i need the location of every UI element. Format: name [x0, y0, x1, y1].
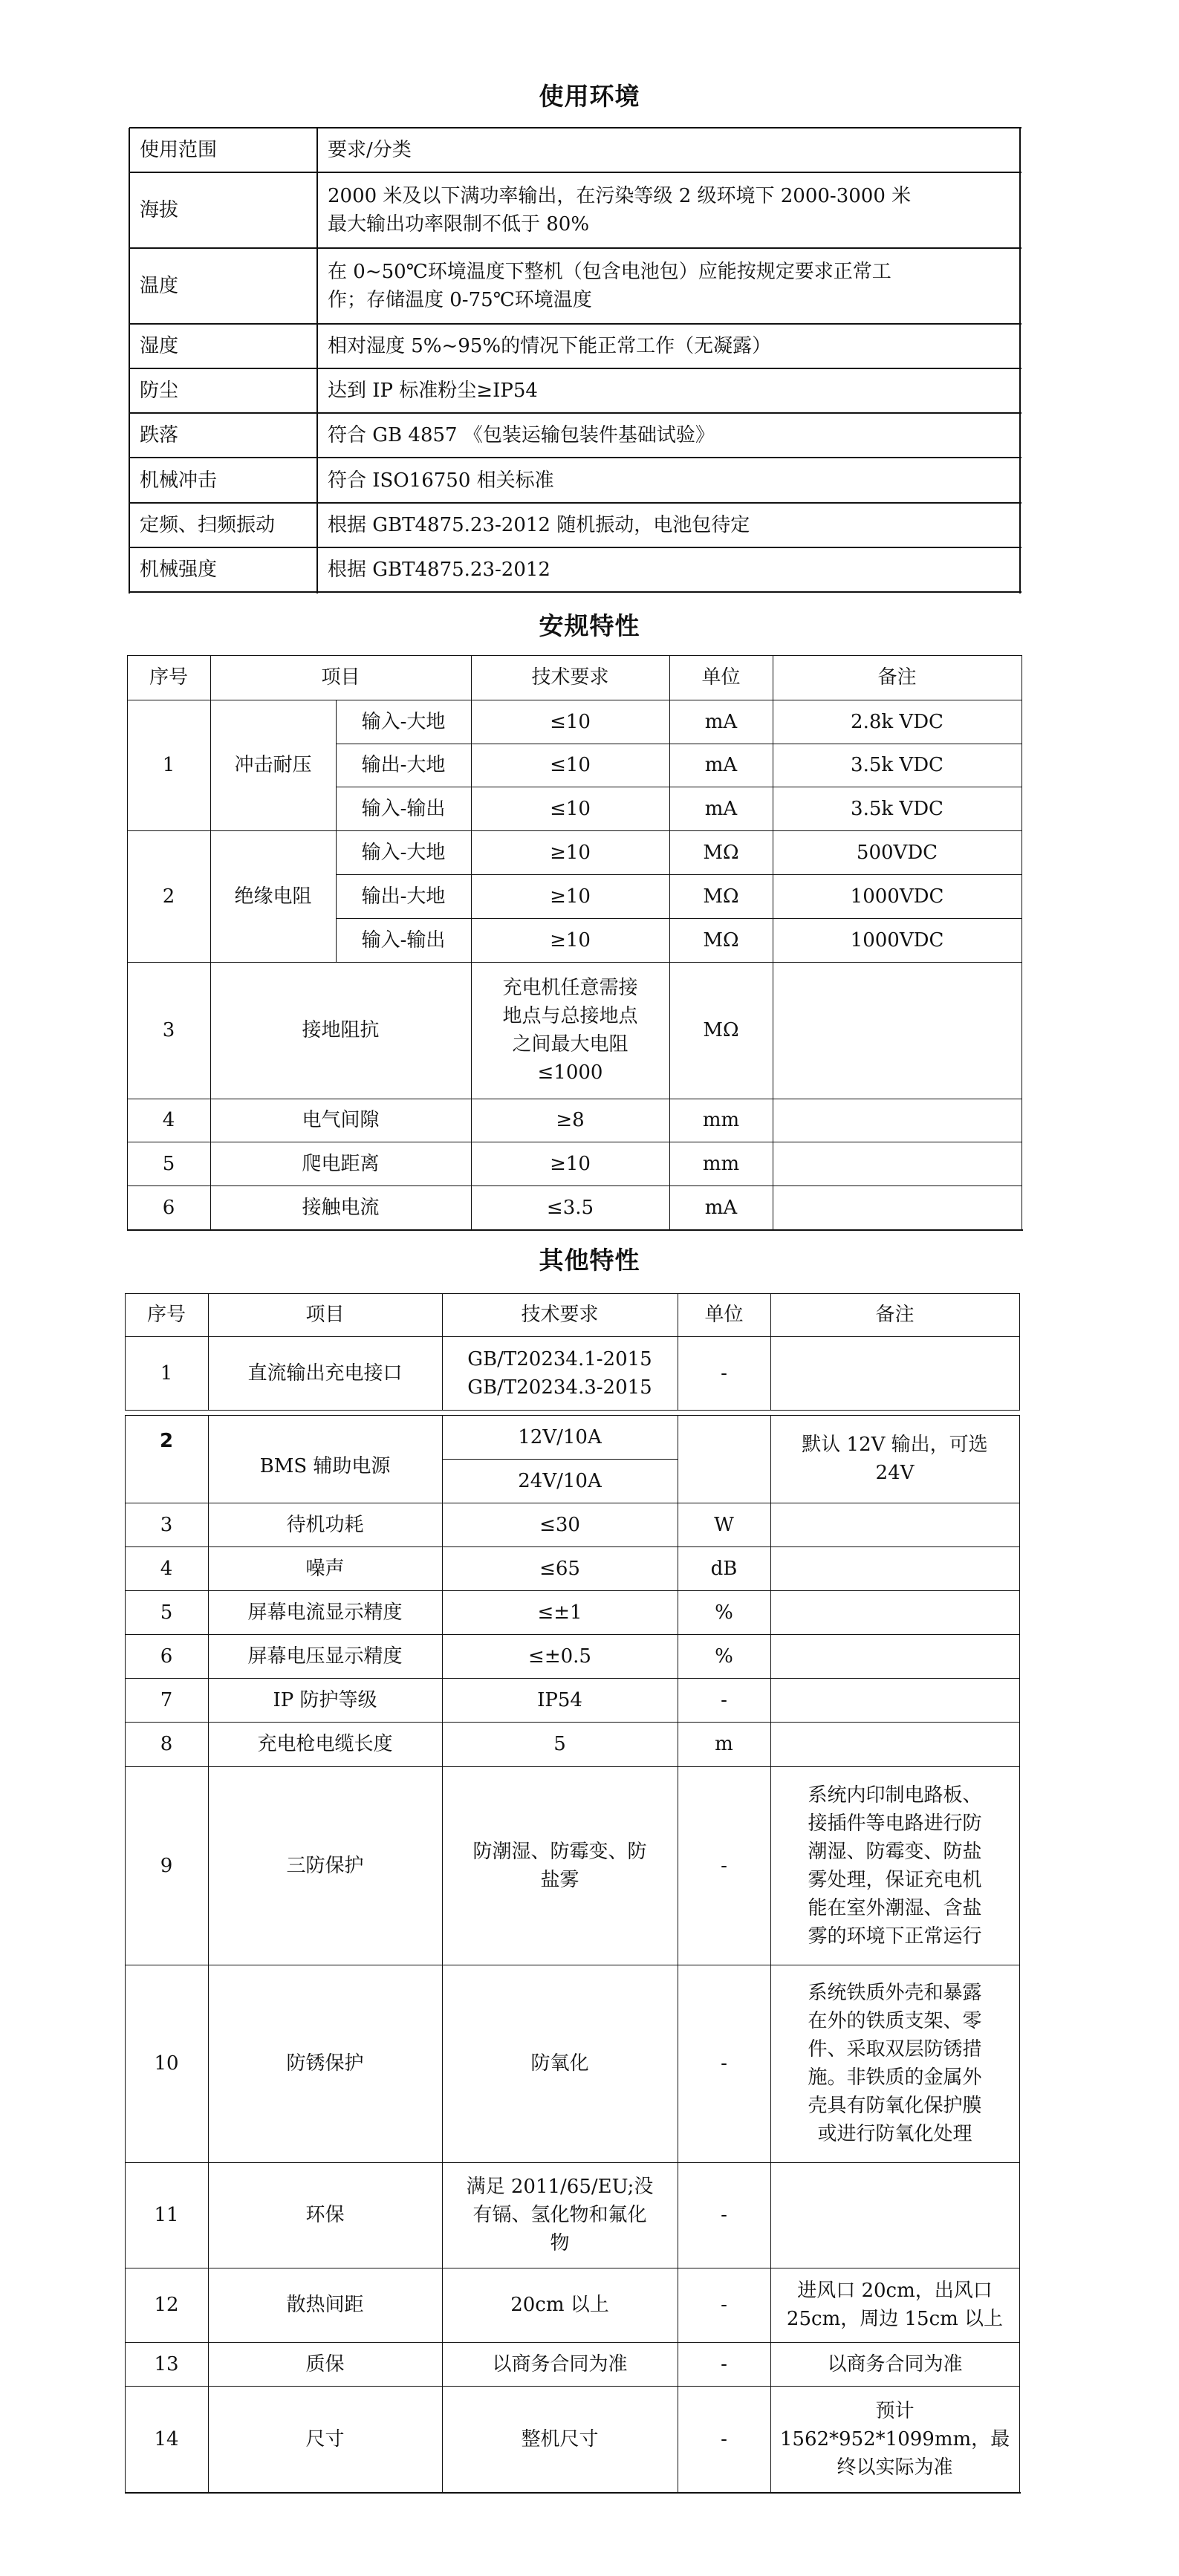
- table-rule: [125, 2386, 1020, 2387]
- safety-group-no-text: 1: [163, 751, 175, 779]
- table-rule: [336, 744, 1022, 744]
- table-rule: [129, 412, 1022, 414]
- other-row-item: 质保: [208, 2342, 442, 2386]
- other-header-note-text: 备注: [875, 1301, 914, 1329]
- other-row-note: 进风口 20cm，出风口 25cm，周边 15cm 以上: [773, 2268, 1016, 2342]
- other-row-unit: %: [678, 1634, 770, 1678]
- other-row-no-text: 6: [160, 1642, 173, 1671]
- other-row-no-text: 3: [160, 1511, 173, 1539]
- table-rule: [129, 457, 1022, 458]
- other-row-note: 系统铁质外壳和暴露 在外的铁质支架、零 件、采取双层防锈措 施。非铁质的金属外 …: [773, 1965, 1016, 2162]
- other-row-unit-text: -: [721, 2049, 727, 2078]
- other-row-note: 以商务合同为准: [773, 2342, 1016, 2386]
- other-row-no: 10: [125, 1965, 208, 2162]
- safety-row-item: 接地阻抗: [210, 962, 471, 1099]
- safety-sub-item-text: 输入-输出: [362, 795, 446, 823]
- table-rule: [208, 1293, 209, 1411]
- env-row-item-text: 机械强度: [140, 556, 217, 584]
- safety-row-item: 接触电流: [210, 1185, 471, 1229]
- table-rule: [442, 1459, 678, 1460]
- safety-row-no: 4: [127, 1099, 210, 1142]
- safety-row-req: ≤3.5: [471, 1185, 669, 1229]
- table-rule: [1019, 128, 1021, 593]
- table-rule: [129, 368, 1022, 369]
- table-rule: [125, 1293, 1020, 1294]
- safety-sub-req: ≥10: [471, 874, 669, 918]
- other-row-note-text: 系统内印制电路板、 接插件等电路进行防 潮湿、防霉变、防盐 雾处理，保证充电机 …: [808, 1781, 981, 1951]
- other-row-unit-text: %: [715, 1642, 733, 1671]
- table-rule: [125, 1336, 1020, 1337]
- other-row-no-text: 9: [160, 1852, 173, 1880]
- safety-row-no-text: 3: [163, 1016, 175, 1044]
- safety-sub-unit: mA: [669, 744, 773, 787]
- other-row-no: 8: [125, 1722, 208, 1766]
- table-rule: [127, 1229, 1023, 1231]
- safety-header-req-text: 技术要求: [531, 663, 608, 692]
- other-row-no: 11: [125, 2162, 208, 2268]
- other-row-req: ≤30: [449, 1503, 670, 1546]
- section-title-environment: 使用环境: [0, 82, 1179, 111]
- safety-row-req: ≥8: [471, 1099, 669, 1142]
- table-rule: [125, 1546, 1020, 1547]
- safety-header-item: 项目: [210, 655, 471, 700]
- table-rule: [442, 1293, 443, 1411]
- table-rule: [125, 1293, 126, 1411]
- other-row-item-text: 尺寸: [305, 2425, 344, 2453]
- safety-sub-req: ≤10: [471, 700, 669, 744]
- other-row-note: [770, 1336, 1019, 1410]
- env-row-item: 防尘: [129, 368, 317, 413]
- other-row-req-24v: 24V/10A: [442, 1459, 678, 1503]
- env-row-requirement: 符合 ISO16750 相关标准: [317, 458, 1020, 503]
- other-row-unit-text: -: [721, 1852, 727, 1880]
- other-row-item: 待机功耗: [208, 1503, 442, 1546]
- other-row-req-text: 防氧化: [530, 2049, 588, 2078]
- other-row-unit-text: -: [721, 1686, 727, 1714]
- other-row-unit-text: -: [721, 2201, 727, 2229]
- env-row-requirement-text: 2000 米及以下满功率输出，在污染等级 2 级环境下 2000-3000 米 …: [328, 182, 911, 238]
- table-rule: [678, 1293, 678, 1411]
- env-row-item: 湿度: [129, 324, 317, 368]
- safety-sub-req-text: ≥10: [550, 882, 591, 911]
- other-row-item: 散热间距: [208, 2268, 442, 2342]
- other-row-item: 直流输出充电接口: [208, 1336, 442, 1410]
- other-row-item-text: 屏幕电流显示精度: [247, 1598, 402, 1627]
- env-header-scope-text: 使用范围: [140, 136, 217, 164]
- other-row-unit: dB: [678, 1546, 770, 1590]
- env-row-requirement: 根据 GBT4875.23-2012 随机振动，电池包待定: [317, 503, 1020, 547]
- table-rule: [471, 655, 472, 1230]
- env-header-requirement-text: 要求/分类: [328, 136, 412, 164]
- safety-sub-unit-text: mA: [705, 751, 737, 779]
- safety-sub-item-text: 输出-大地: [362, 882, 446, 911]
- other-header-item-text: 项目: [305, 1301, 344, 1329]
- other-row-no: 12: [125, 2268, 208, 2342]
- safety-sub-note-text: 3.5k VDC: [851, 795, 943, 823]
- safety-row-req-text: ≥10: [550, 1150, 591, 1178]
- safety-group-no-text: 2: [163, 882, 175, 911]
- table-rule: [773, 655, 773, 1230]
- safety-header-note: 备注: [773, 655, 1022, 700]
- table-rule: [127, 655, 128, 1230]
- table-rule: [125, 1415, 126, 2493]
- other-row-no-text: 4: [160, 1555, 173, 1583]
- other-row-unit-text: -: [721, 2350, 727, 2378]
- other-row-req-text: 满足 2011/65/EU;没 有镉、氢化物和氟化 物: [467, 2173, 654, 2257]
- safety-sub-req-text: ≤10: [550, 795, 591, 823]
- safety-sub-unit: mA: [669, 787, 773, 830]
- other-row-item-text: 三防保护: [286, 1852, 363, 1880]
- table-rule: [125, 1415, 1020, 1416]
- other-row-req-text: ≤±1: [537, 1598, 582, 1627]
- safety-row-item-text: 接地阻抗: [302, 1016, 379, 1044]
- other-row-item: 屏幕电流显示精度: [208, 1590, 442, 1634]
- other-row-no-text: 12: [154, 2291, 178, 2319]
- table-rule: [129, 172, 1022, 173]
- other-row-item-text: 屏幕电压显示精度: [247, 1642, 402, 1671]
- env-row-item-text: 温度: [140, 272, 178, 300]
- safety-header-no-text: 序号: [149, 663, 188, 692]
- env-row-requirement-text: 在 0~50℃环境温度下整机（包含电池包）应能按规定要求正常工 作；存储温度 0…: [328, 258, 891, 314]
- safety-sub-item-text: 输入-输出: [362, 926, 446, 954]
- safety-row-unit: MΩ: [669, 962, 773, 1099]
- other-row-req-text: IP54: [537, 1686, 582, 1714]
- safety-sub-item-text: 输入-大地: [362, 708, 446, 736]
- safety-row-unit: mm: [669, 1142, 773, 1185]
- safety-sub-req: ≤10: [471, 787, 669, 830]
- safety-sub-note-text: 2.8k VDC: [851, 708, 943, 736]
- safety-header-item-text: 项目: [321, 663, 360, 692]
- other-row-req-24v-text: 24V/10A: [518, 1467, 601, 1495]
- other-row-unit: -: [678, 1678, 770, 1722]
- env-row-requirement-text: 符合 ISO16750 相关标准: [328, 466, 554, 495]
- safety-sub-req-text: ≥10: [550, 926, 591, 954]
- env-row-item-text: 湿度: [140, 332, 178, 360]
- safety-row-unit: mA: [669, 1185, 773, 1229]
- safety-sub-note-text: 500VDC: [857, 839, 938, 867]
- safety-sub-unit-text: MΩ: [703, 882, 738, 911]
- other-row-unit: -: [678, 1336, 770, 1410]
- env-header-scope: 使用范围: [129, 128, 317, 172]
- table-rule: [1022, 655, 1022, 1230]
- other-row-item-text: 质保: [305, 2350, 344, 2378]
- other-row-no: 2: [125, 1415, 208, 1466]
- safety-header-unit-text: 单位: [701, 663, 740, 692]
- other-row-req: 防氧化: [449, 1965, 670, 2162]
- safety-row-no-text: 4: [163, 1106, 175, 1134]
- other-row-no: 5: [125, 1590, 208, 1634]
- other-row-unit: m: [678, 1722, 770, 1766]
- safety-row-note: [773, 962, 1022, 1099]
- table-rule: [127, 655, 1022, 656]
- table-rule: [208, 1415, 209, 2493]
- safety-sub-item: 输入-大地: [336, 700, 471, 744]
- other-row-note: [773, 1503, 1016, 1546]
- table-rule: [127, 1142, 1022, 1142]
- safety-row-no-text: 5: [163, 1150, 175, 1178]
- env-row-requirement: 在 0~50℃环境温度下整机（包含电池包）应能按规定要求正常工 作；存储温度 0…: [317, 248, 1020, 324]
- other-row-item: 三防保护: [208, 1766, 442, 1965]
- other-row-unit: -: [678, 2342, 770, 2386]
- other-row-unit-text: -: [721, 1359, 727, 1388]
- other-row-no-text: 8: [160, 1730, 173, 1758]
- other-row-unit-text: dB: [711, 1555, 738, 1583]
- table-rule: [442, 1415, 443, 2493]
- other-row-note: [773, 1546, 1016, 1590]
- safety-header-no: 序号: [127, 655, 210, 700]
- other-row-item-text: IP 防护等级: [273, 1686, 377, 1714]
- table-rule: [129, 127, 1022, 129]
- safety-row-item-text: 爬电距离: [302, 1150, 379, 1178]
- safety-sub-unit-text: MΩ: [703, 839, 738, 867]
- env-row-requirement: 符合 GB 4857 《包装运输包装件基础试验》: [317, 413, 1020, 458]
- other-row-note: 默认 12V 输出，可选 24V: [770, 1415, 1019, 1503]
- other-row-item-text: 充电枪电缆长度: [257, 1730, 392, 1758]
- safety-sub-item: 输入-输出: [336, 787, 471, 830]
- other-row-no-text: 1: [160, 1359, 173, 1388]
- env-row-requirement-text: 根据 GBT4875.23-2012 随机振动，电池包待定: [328, 511, 750, 539]
- safety-row-req: 充电机任意需接 地点与总接地点 之间最大电阻 ≤1000: [471, 962, 669, 1099]
- other-header-unit: 单位: [678, 1293, 770, 1336]
- safety-row-unit-text: mm: [703, 1150, 739, 1178]
- other-row-no: 14: [125, 2386, 208, 2492]
- env-row-item: 海拔: [129, 172, 317, 248]
- other-row-note-text: 默认 12V 输出，可选 24V: [802, 1431, 987, 1487]
- other-row-req-text: 防潮湿、防霉变、防 盐雾: [472, 1838, 646, 1894]
- other-row-no: 4: [125, 1546, 208, 1590]
- safety-sub-item-text: 输出-大地: [362, 751, 446, 779]
- other-row-no-text: 11: [154, 2201, 178, 2229]
- other-row-item: 防锈保护: [208, 1965, 442, 2162]
- env-row-requirement-text: 相对湿度 5%~95%的情况下能正常工作（无凝露）: [328, 332, 771, 360]
- other-row-note-text: 以商务合同为准: [827, 2350, 962, 2378]
- other-row-no-text: 2: [160, 1427, 173, 1455]
- env-row-requirement-text: 符合 GB 4857 《包装运输包装件基础试验》: [328, 421, 715, 449]
- table-rule: [125, 1722, 1020, 1723]
- safety-row-req-text: ≥8: [556, 1106, 584, 1134]
- table-rule: [210, 655, 211, 1230]
- safety-group-item: 冲击耐压: [210, 700, 336, 830]
- safety-row-no: 6: [127, 1185, 210, 1229]
- safety-group-item-text: 绝缘电阻: [234, 882, 311, 911]
- safety-sub-unit: MΩ: [669, 874, 773, 918]
- other-row-note: [773, 1590, 1016, 1634]
- safety-sub-note-text: 1000VDC: [851, 882, 944, 911]
- safety-sub-unit-text: mA: [705, 795, 737, 823]
- other-row-note-text: 系统铁质外壳和暴露 在外的铁质支架、零 件、采取双层防锈措 施。非铁质的金属外 …: [808, 1979, 981, 2148]
- other-row-no: 3: [125, 1503, 208, 1546]
- safety-sub-unit: mA: [669, 700, 773, 744]
- table-rule: [129, 591, 1022, 593]
- safety-sub-note: 1000VDC: [773, 918, 1022, 962]
- safety-row-item: 爬电距离: [210, 1142, 471, 1185]
- table-rule: [336, 874, 1022, 875]
- safety-header-req: 技术要求: [471, 655, 669, 700]
- safety-sub-note: 2.8k VDC: [773, 700, 1022, 744]
- safety-sub-item: 输出-大地: [336, 874, 471, 918]
- safety-sub-item: 输出-大地: [336, 744, 471, 787]
- other-header-req: 技术要求: [442, 1293, 678, 1336]
- other-row-req: 以商务合同为准: [449, 2342, 670, 2386]
- table-rule: [770, 1415, 771, 2493]
- table-rule: [129, 247, 1022, 249]
- env-row-item: 机械强度: [129, 547, 317, 592]
- safety-row-unit-text: mA: [705, 1194, 737, 1222]
- other-row-item: IP 防护等级: [208, 1678, 442, 1722]
- table-rule: [669, 655, 670, 1230]
- other-row-unit: W: [678, 1503, 770, 1546]
- safety-group-no: 1: [127, 700, 210, 830]
- other-row-req: 防潮湿、防霉变、防 盐雾: [449, 1766, 670, 1965]
- safety-row-unit-text: MΩ: [703, 1016, 738, 1044]
- table-rule: [129, 502, 1022, 504]
- env-row-requirement-text: 达到 IP 标准粉尘≥IP54: [328, 377, 538, 405]
- env-row-requirement: 相对湿度 5%~95%的情况下能正常工作（无凝露）: [317, 324, 1020, 368]
- other-row-no-text: 14: [154, 2425, 178, 2453]
- safety-row-req: ≥10: [471, 1142, 669, 1185]
- section-title-other: 其他特性: [0, 1246, 1179, 1275]
- other-row-note: [773, 2162, 1016, 2268]
- safety-row-no: 5: [127, 1142, 210, 1185]
- other-header-no-text: 序号: [147, 1301, 186, 1329]
- other-row-no: 13: [125, 2342, 208, 2386]
- safety-header-unit: 单位: [669, 655, 773, 700]
- safety-sub-note: 3.5k VDC: [773, 787, 1022, 830]
- table-rule: [336, 700, 337, 963]
- table-rule: [678, 1415, 678, 2493]
- other-row-unit-text: m: [715, 1730, 733, 1758]
- safety-sub-item: 输入-大地: [336, 830, 471, 874]
- env-row-item: 机械冲击: [129, 458, 317, 503]
- safety-sub-req-text: ≤10: [550, 708, 591, 736]
- other-row-req-text: 以商务合同为准: [492, 2350, 627, 2378]
- safety-sub-req: ≥10: [471, 830, 669, 874]
- other-row-unit-text: W: [714, 1511, 734, 1539]
- env-row-requirement: 2000 米及以下满功率输出，在污染等级 2 级环境下 2000-3000 米 …: [317, 172, 1020, 248]
- env-row-item-text: 定频、扫频振动: [140, 511, 275, 539]
- env-row-item: 温度: [129, 248, 317, 324]
- other-row-no: 7: [125, 1678, 208, 1722]
- safety-sub-req: ≤10: [471, 744, 669, 787]
- table-rule: [336, 918, 1022, 919]
- other-row-item-text: 防锈保护: [286, 2049, 363, 2078]
- other-row-item: 屏幕电压显示精度: [208, 1634, 442, 1678]
- other-row-unit: -: [678, 2268, 770, 2342]
- env-header-requirement: 要求/分类: [317, 128, 1020, 172]
- safety-row-no: 3: [127, 962, 210, 1099]
- other-row-unit: %: [678, 1590, 770, 1634]
- other-row-item-text: 散热间距: [286, 2291, 363, 2319]
- table-rule: [129, 323, 1022, 325]
- other-row-item: BMS 辅助电源: [208, 1430, 442, 1503]
- safety-sub-unit-text: MΩ: [703, 926, 738, 954]
- other-row-note: 预计 1562*952*1099mm，最 终以实际为准: [773, 2386, 1016, 2492]
- safety-row-req-text: 充电机任意需接 地点与总接地点 之间最大电阻 ≤1000: [502, 974, 637, 1087]
- other-header-unit-text: 单位: [704, 1301, 743, 1329]
- other-row-req-text: ≤30: [539, 1511, 580, 1539]
- other-row-unit: -: [678, 1766, 770, 1965]
- other-row-req-12v-text: 12V/10A: [518, 1423, 601, 1451]
- safety-row-no-text: 6: [163, 1194, 175, 1222]
- table-rule: [125, 2492, 1021, 2494]
- other-row-note: 系统内印制电路板、 接插件等电路进行防 潮湿、防霉变、防盐 雾处理，保证充电机 …: [773, 1766, 1016, 1965]
- other-row-req: ≤±1: [449, 1590, 670, 1634]
- other-row-item-text: 待机功耗: [286, 1511, 363, 1539]
- safety-row-unit-text: mm: [703, 1106, 739, 1134]
- other-row-req: ≤±0.5: [449, 1634, 670, 1678]
- table-rule: [127, 1099, 1022, 1099]
- other-row-no-text: 5: [160, 1598, 173, 1627]
- env-row-item-text: 防尘: [140, 377, 178, 405]
- other-row-req: ≤65: [449, 1546, 670, 1590]
- safety-row-item-text: 电气间隙: [302, 1106, 379, 1134]
- other-header-no: 序号: [125, 1293, 208, 1336]
- env-row-requirement: 达到 IP 标准粉尘≥IP54: [317, 368, 1020, 413]
- table-rule: [316, 128, 318, 593]
- env-row-item: 定频、扫频振动: [129, 503, 317, 547]
- env-row-requirement-text: 根据 GBT4875.23-2012: [328, 556, 550, 584]
- table-rule: [125, 2342, 1020, 2343]
- other-row-item-text: 直流输出充电接口: [247, 1359, 402, 1388]
- safety-row-note: [773, 1142, 1022, 1185]
- other-row-req: GB/T20234.1-2015 GB/T20234.3-2015: [442, 1336, 678, 1410]
- safety-row-req-text: ≤3.5: [547, 1194, 594, 1222]
- other-row-req-text: 20cm 以上: [510, 2291, 609, 2319]
- other-row-req: 满足 2011/65/EU;没 有镉、氢化物和氟化 物: [449, 2162, 670, 2268]
- safety-group-no: 2: [127, 830, 210, 962]
- other-row-req-text: 5: [553, 1730, 566, 1758]
- table-rule: [125, 2268, 1020, 2268]
- other-row-unit: [678, 1415, 770, 1503]
- table-rule: [125, 1965, 1020, 1965]
- table-rule: [127, 700, 1022, 700]
- other-row-unit-text: -: [721, 2291, 727, 2319]
- other-row-item: 尺寸: [208, 2386, 442, 2492]
- table-rule: [129, 128, 130, 593]
- other-row-note: [773, 1722, 1016, 1766]
- other-row-unit-text: %: [715, 1598, 733, 1627]
- safety-sub-note: 500VDC: [773, 830, 1022, 874]
- other-row-item-text: 环保: [305, 2201, 344, 2229]
- other-row-unit: -: [678, 2162, 770, 2268]
- other-row-no: 6: [125, 1634, 208, 1678]
- table-rule: [125, 1634, 1020, 1635]
- table-rule: [125, 1503, 1020, 1503]
- other-row-req: 整机尺寸: [449, 2386, 670, 2492]
- other-row-req-12v: 12V/10A: [442, 1415, 678, 1459]
- table-rule: [336, 787, 1022, 787]
- table-rule: [127, 830, 1022, 831]
- safety-sub-req-text: ≤10: [550, 751, 591, 779]
- section-title-safety: 安规特性: [0, 611, 1179, 641]
- safety-row-item: 电气间隙: [210, 1099, 471, 1142]
- other-row-unit: -: [678, 2386, 770, 2492]
- env-row-item-text: 跌落: [140, 421, 178, 449]
- other-row-note-text: 预计 1562*952*1099mm，最 终以实际为准: [780, 2397, 1010, 2482]
- other-row-no-text: 7: [160, 1686, 173, 1714]
- other-row-req-text: 整机尺寸: [521, 2425, 598, 2453]
- safety-sub-item: 输入-输出: [336, 918, 471, 962]
- safety-sub-note-text: 1000VDC: [851, 926, 944, 954]
- safety-group-item: 绝缘电阻: [210, 830, 336, 962]
- table-rule: [125, 1678, 1020, 1679]
- safety-sub-unit-text: mA: [705, 708, 737, 736]
- safety-sub-req-text: ≥10: [550, 839, 591, 867]
- safety-sub-note: 1000VDC: [773, 874, 1022, 918]
- table-rule: [129, 547, 1022, 548]
- other-row-req: 20cm 以上: [449, 2268, 670, 2342]
- other-row-req-text: ≤±0.5: [528, 1642, 591, 1671]
